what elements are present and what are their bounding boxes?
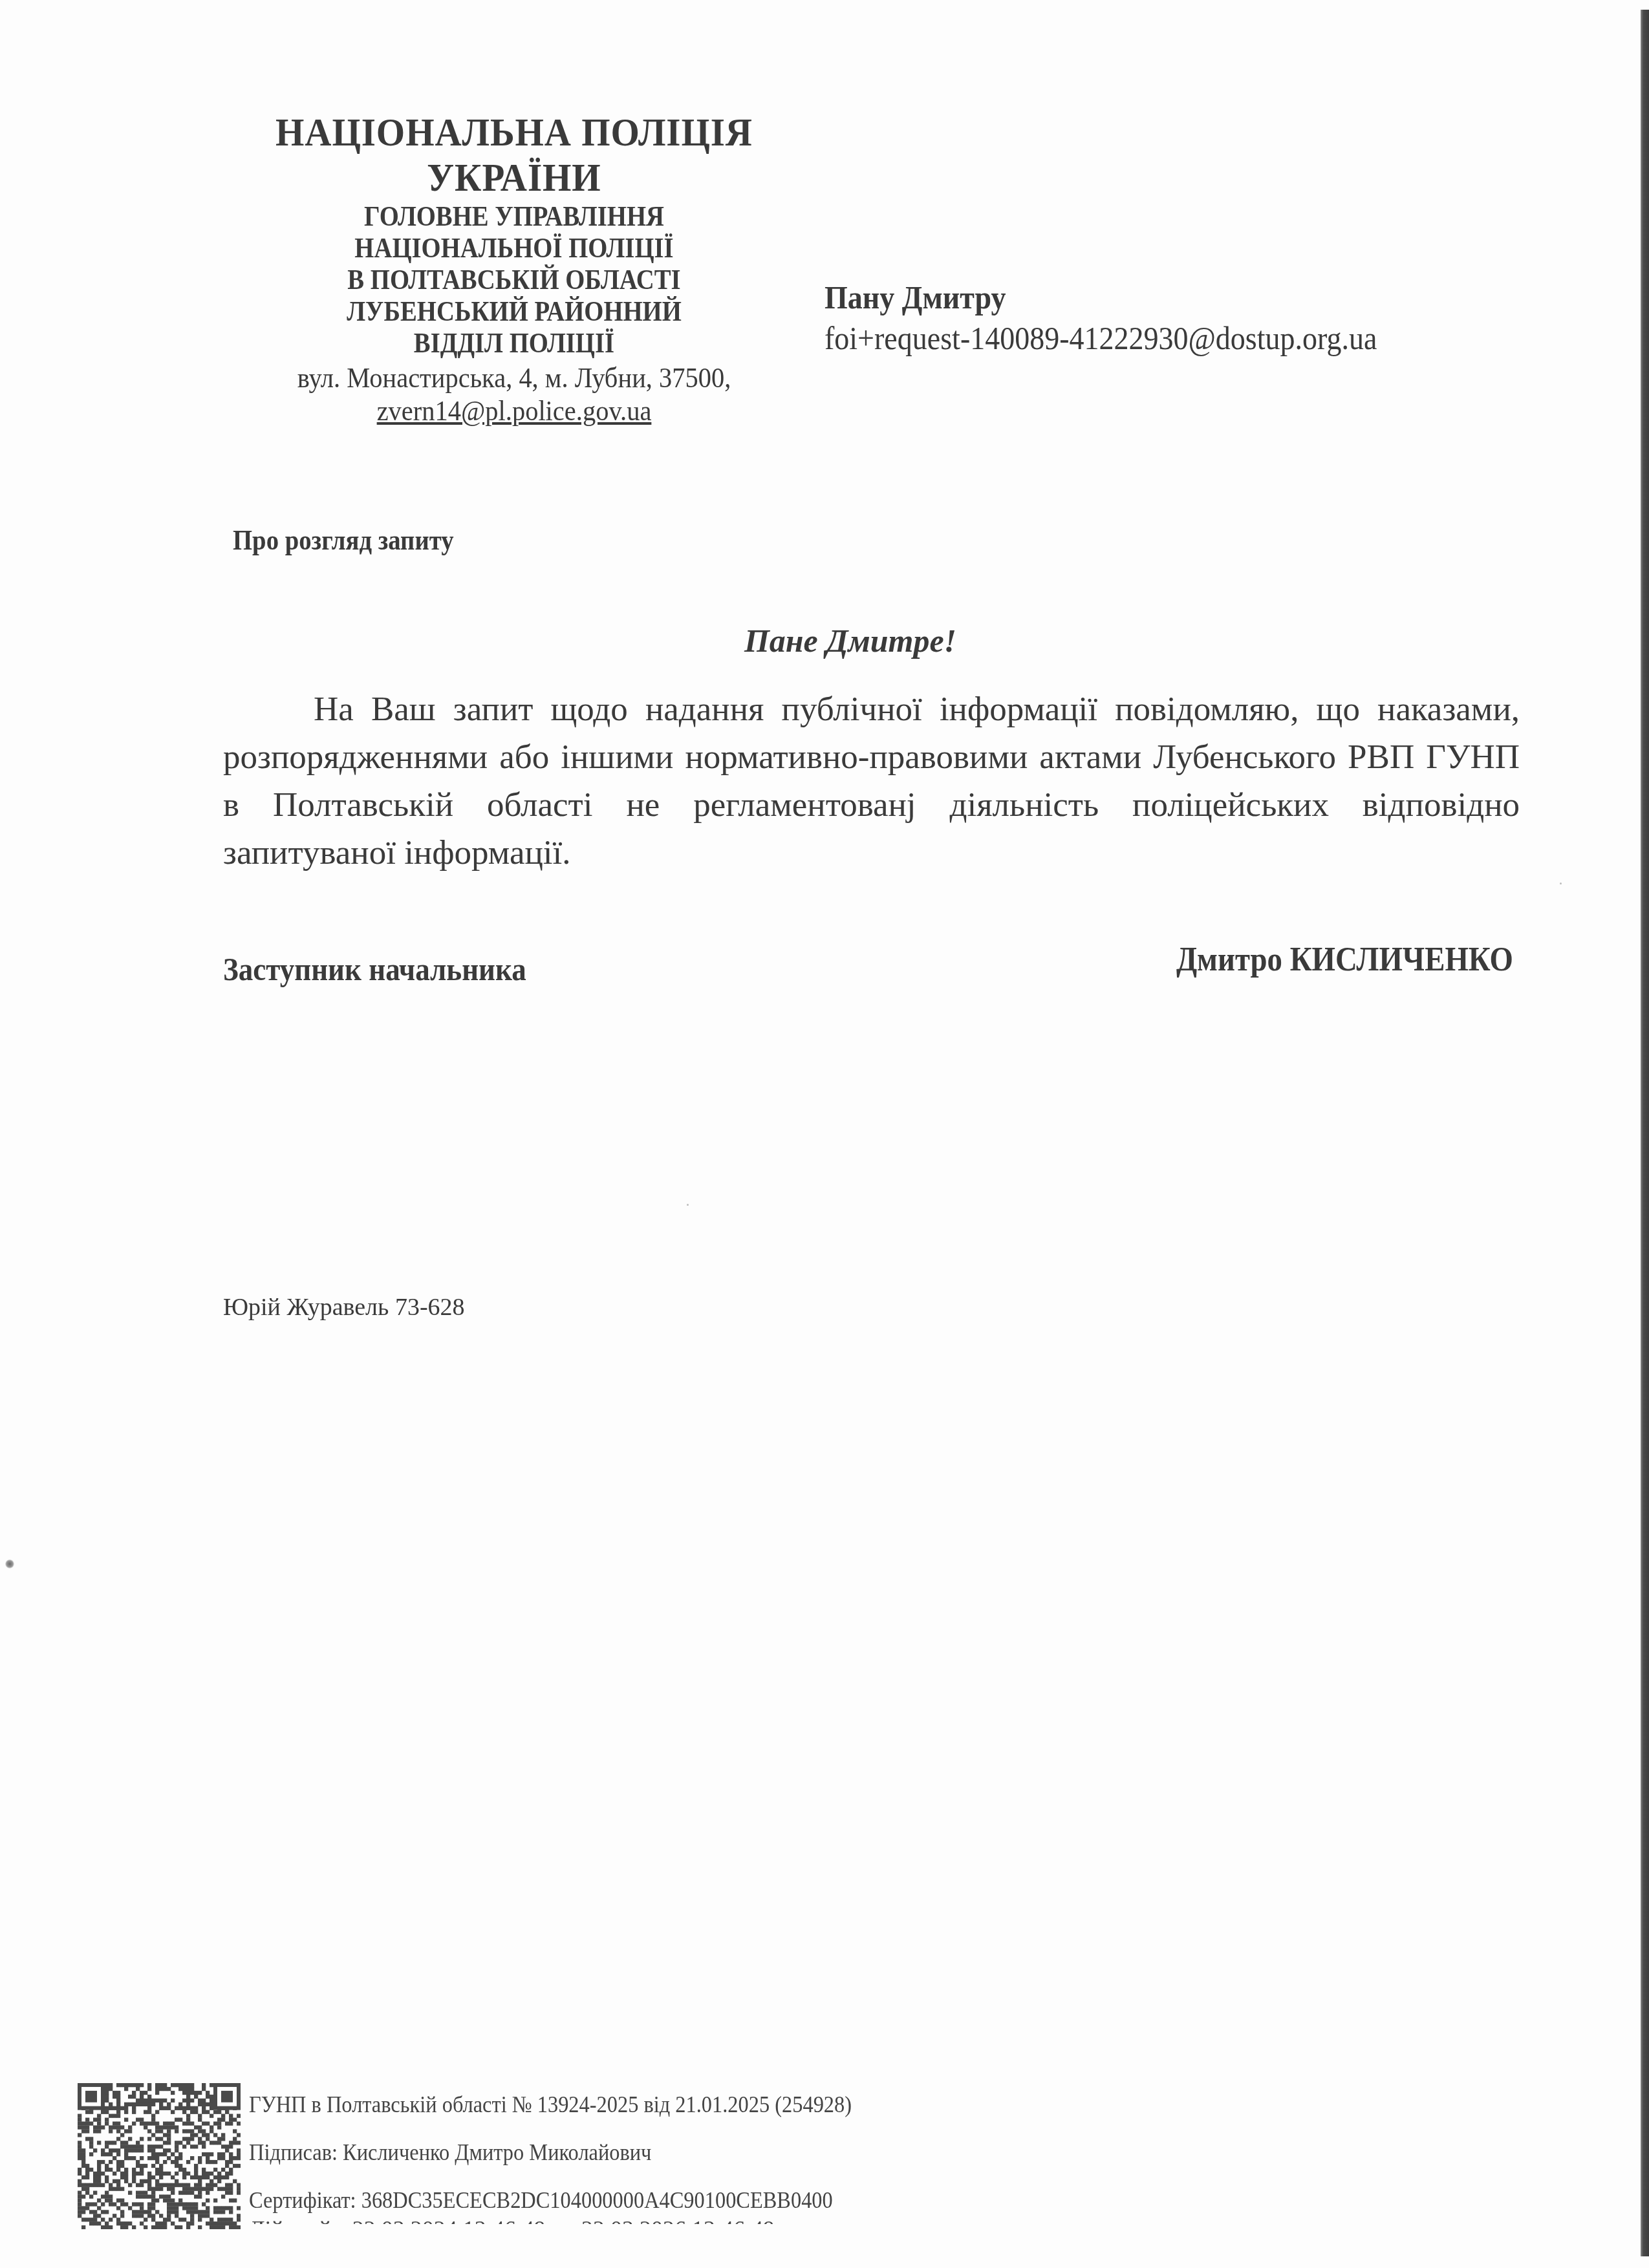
esign-info: ГУНП в Полтавській області № 13924-2025 … <box>249 2081 919 2224</box>
scan-speck <box>5 1559 14 1568</box>
department-line: В ПОЛТАВСЬКІЙ ОБЛАСТІ <box>250 264 779 295</box>
qr-code-icon <box>78 2083 241 2229</box>
department-line: НАЦІОНАЛЬНОЇ ПОЛІЦІЇ <box>250 232 779 264</box>
recipient-block: Пану Дмитру foi+request-140089-41222930@… <box>824 277 1425 358</box>
scan-dot <box>687 1204 689 1206</box>
signed-by: Підписав: Кисличенко Дмитро Миколайович <box>249 2128 852 2176</box>
org-name-line1: НАЦІОНАЛЬНА ПОЛІЦІЯ <box>237 110 791 155</box>
salutation: Пане Дмитре! <box>0 622 1649 659</box>
department-line: ЛУБЕНСЬКИЙ РАЙОННИЙ <box>250 295 779 327</box>
signatory-name: Дмитро КИСЛИЧЕНКО <box>1176 941 1513 979</box>
recipient-name: Пану Дмитру <box>824 277 1377 318</box>
letter-body: На Ваш запит щодо надання публічної інфо… <box>223 685 1520 877</box>
executor-contact: Юрій Журавель 73-628 <box>223 1293 465 1321</box>
scan-dot <box>1560 883 1562 884</box>
registration-number: ГУНП в Полтавській області № 13924-2025 … <box>249 2081 852 2128</box>
department-line: ВІДДІЛ ПОЛІЦІЇ <box>250 327 779 359</box>
org-email-link[interactable]: zvern14@pl.police.gov.ua <box>237 395 791 427</box>
org-address: вул. Монастирська, 4, м. Лубни, 37500, <box>237 361 791 395</box>
scan-page-edge <box>1641 10 1649 2256</box>
department-line: ГОЛОВНЕ УПРАВЛІННЯ <box>250 200 779 232</box>
certificate-id: Сертифікат: 368DC35ECECB2DC104000000A4C9… <box>249 2176 852 2224</box>
validity-line-cut: Дійсний з 22.03.2024 13:46:49 по 22.03.2… <box>249 2219 786 2224</box>
letterhead: НАЦІОНАЛЬНА ПОЛІЦІЯ УКРАЇНИ ГОЛОВНЕ УПРА… <box>213 110 815 427</box>
recipient-email: foi+request-140089-41222930@dostup.org.u… <box>824 318 1377 358</box>
signatory-position: Заступник начальника <box>223 950 526 988</box>
letter-subject: Про розгляд запиту <box>233 524 454 557</box>
org-name-line2: УКРАЇНИ <box>237 155 791 200</box>
